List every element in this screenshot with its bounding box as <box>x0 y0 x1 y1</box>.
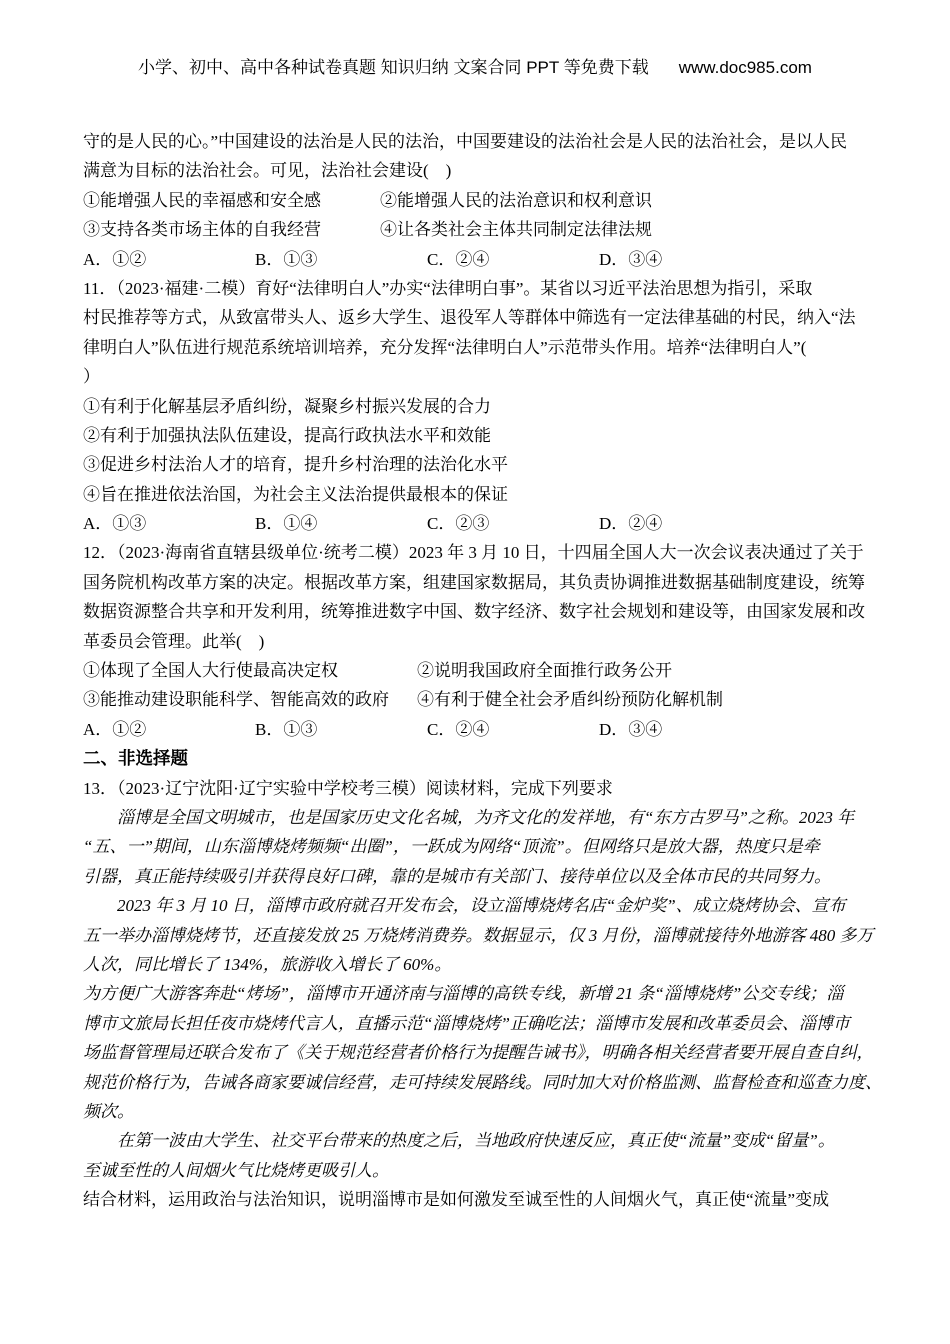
q10-option-3: ③支持各类市场主体的自我经营 <box>83 215 380 244</box>
q10-answer-a: A．①② <box>83 245 255 274</box>
q10-option-row: ①能增强人民的幸福感和安全感 ②能增强人民的法治意识和权利意识 <box>83 186 875 215</box>
header-promo-text: 小学、初中、高中各种试卷真题 知识归纳 文案合同 PPT 等免费下载 <box>138 58 649 77</box>
q13-material-line: 博市文旅局长担任夜市烧烤代言人，直播示范“淄博烧烤”正确吃法；淄博市发展和改革委… <box>83 1009 875 1038</box>
q13-material-line: 频次。 <box>83 1097 875 1126</box>
q10-option-4: ④让各类社会主体共同制定法律法规 <box>380 215 652 244</box>
q12-option-2: ②说明我国政府全面推行政务公开 <box>417 656 672 685</box>
q13-material-line: “五、一”期间，山东淄博烧烤频频“出圈”，一跃成为网络“顶流”。但网络只是放大器… <box>83 832 875 861</box>
q12-stem-line: 12．（2023·海南省直辖县级单位·统考二模）2023 年 3 月 10 日，… <box>83 538 875 567</box>
section-heading: 二、非选择题 <box>83 744 875 773</box>
q12-answer-row: A．①② B．①③ C．②④ D．③④ <box>83 715 875 744</box>
q10-option-1: ①能增强人民的幸福感和安全感 <box>83 186 380 215</box>
q10-option-2: ②能增强人民的法治意识和权利意识 <box>380 186 652 215</box>
q13-material-line: 淄博是全国文明城市，也是国家历史文化名城，为齐文化的发祥地，有“东方古罗马”之称… <box>83 803 875 832</box>
q12-option-4: ④有利于健全社会矛盾纠纷预防化解机制 <box>417 685 723 714</box>
q11-answer-d: D．②④ <box>599 509 662 538</box>
q13-material-line: 为方便广大游客奔赴“烤场”，淄博市开通济南与淄博的高铁专线，新增 21 条“淄博… <box>83 979 875 1008</box>
q10-option-row: ③支持各类市场主体的自我经营 ④让各类社会主体共同制定法律法规 <box>83 215 875 244</box>
q11-stem-line: 村民推荐等方式，从致富带头人、返乡大学生、退役军人等群体中筛选有一定法律基础的村… <box>83 303 875 332</box>
q11-answer-b: B．①④ <box>255 509 427 538</box>
q10-answer-c: C．②④ <box>427 245 599 274</box>
q12-answer-a: A．①② <box>83 715 255 744</box>
document-content: 守的是人民的心。”中国建设的法治是人民的法治，中国要建设的法治社会是人民的法治社… <box>83 127 875 1214</box>
q12-stem-line: 国务院机构改革方案的决定。根据改革方案，组建国家数据局，其负责协调推进数据基础制… <box>83 568 875 597</box>
q10-answer-d: D．③④ <box>599 245 662 274</box>
q11-option-4: ④旨在推进依法治国，为社会主义法治提供最根本的保证 <box>83 480 875 509</box>
q13-material-line: 至诚至性的人间烟火气比烧烤更吸引人。 <box>83 1156 875 1185</box>
q13-material-line: 在第一波由大学生、社交平台带来的热度之后，当地政府快速反应，真正使“流量”变成“… <box>83 1126 875 1155</box>
q12-option-row: ①体现了全国人大行使最高决定权 ②说明我国政府全面推行政务公开 <box>83 656 875 685</box>
page-header: 小学、初中、高中各种试卷真题 知识归纳 文案合同 PPT 等免费下载www.do… <box>0 53 950 78</box>
q12-option-3: ③能推动建设职能科学、智能高效的政府 <box>83 685 417 714</box>
q11-answer-c: C．②③ <box>427 509 599 538</box>
q11-stem-line: ） <box>83 362 875 391</box>
q10-answer-row: A．①② B．①③ C．②④ D．③④ <box>83 245 875 274</box>
q11-option-1: ①有利于化解基层矛盾纠纷，凝聚乡村振兴发展的合力 <box>83 392 875 421</box>
q12-answer-c: C．②④ <box>427 715 599 744</box>
q12-option-1: ①体现了全国人大行使最高决定权 <box>83 656 417 685</box>
q10-answer-b: B．①③ <box>255 245 427 274</box>
document-page: 小学、初中、高中各种试卷真题 知识归纳 文案合同 PPT 等免费下载www.do… <box>0 0 950 1344</box>
q10-stem-line: 满意为目标的法治社会。可见，法治社会建设( ) <box>83 156 875 185</box>
q11-option-3: ③促进乡村法治人才的培育，提升乡村治理的法治化水平 <box>83 450 875 479</box>
q13-material-line: 场监督管理局还联合发布了《关于规范经营者价格行为提醒告诫书》，明确各相关经营者要… <box>83 1038 875 1067</box>
q13-material-line: 引器，真正能持续吸引并获得良好口碑，靠的是城市有关部门、接待单位以及全体市民的共… <box>83 862 875 891</box>
header-site-url: www.doc985.com <box>679 58 812 77</box>
q12-answer-d: D．③④ <box>599 715 662 744</box>
q13-material-line: 规范价格行为，告诫各商家要诚信经营，走可持续发展路线。同时加大对价格监测、监督检… <box>83 1068 875 1097</box>
q11-answer-row: A．①③ B．①④ C．②③ D．②④ <box>83 509 875 538</box>
q12-stem-line: 革委员会管理。此举( ) <box>83 627 875 656</box>
q13-material-line: 五一举办淄博烧烤节，还直接发放 25 万烧烤消费券。数据显示，仅 3 月份，淄博… <box>83 921 875 950</box>
q11-stem-line: 11．（2023·福建·二模）育好“法律明白人”办实“法律明白事”。某省以习近平… <box>83 274 875 303</box>
q13-material-line: 人次，同比增长了 134%，旅游收入增长了 60%。 <box>83 950 875 979</box>
q11-option-2: ②有利于加强执法队伍建设，提高行政执法水平和效能 <box>83 421 875 450</box>
q11-answer-a: A．①③ <box>83 509 255 538</box>
q11-stem-line: 律明白人”队伍进行规范系统培训培养，充分发挥“法律明白人”示范带头作用。培养“法… <box>83 333 875 362</box>
q13-prompt-line: 结合材料，运用政治与法治知识，说明淄博市是如何激发至诚至性的人间烟火气，真正使“… <box>83 1185 875 1214</box>
q12-option-row: ③能推动建设职能科学、智能高效的政府 ④有利于健全社会矛盾纠纷预防化解机制 <box>83 685 875 714</box>
q13-stem-line: 13．（2023·辽宁沈阳·辽宁实验中学校考三模）阅读材料，完成下列要求 <box>83 774 875 803</box>
q13-material-line: 2023 年 3 月 10 日，淄博市政府就召开发布会，设立淄博烧烤名店“金炉奖… <box>83 891 875 920</box>
q12-stem-line: 数据资源整合共享和开发利用，统筹推进数字中国、数字经济、数字社会规划和建设等，由… <box>83 597 875 626</box>
q12-answer-b: B．①③ <box>255 715 427 744</box>
q10-stem-line: 守的是人民的心。”中国建设的法治是人民的法治，中国要建设的法治社会是人民的法治社… <box>83 127 875 156</box>
